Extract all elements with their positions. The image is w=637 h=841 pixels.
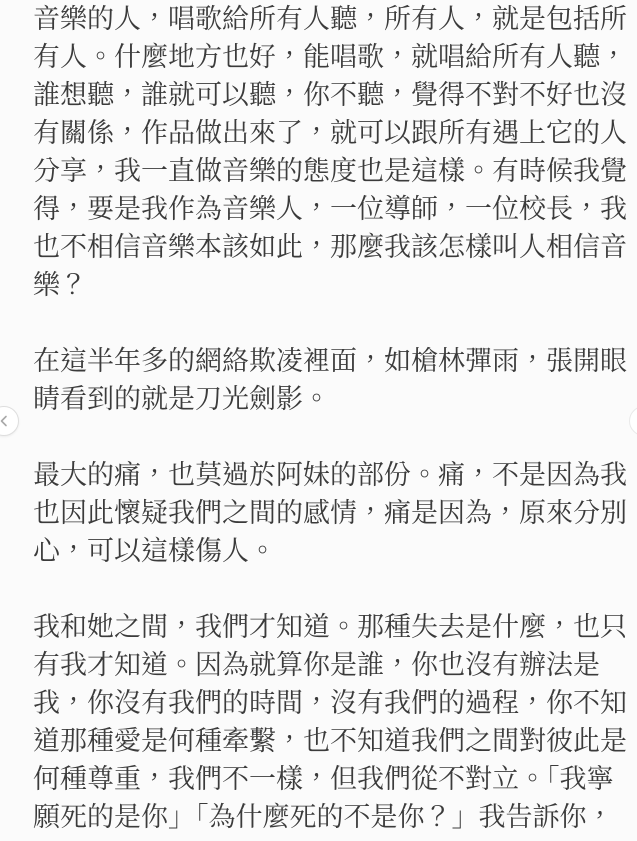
text-line: 誰想聽，誰就可以聽，你不聽，覺得不對不好也沒 [33,77,633,115]
text-line: 樂？ [33,267,633,305]
text-line: 道那種愛是何種牽繫，也不知道我們之間對彼此是 [33,723,633,761]
text-line: 我，你沒有我們的時間，沒有我們的過程，你不知 [33,685,633,723]
paragraph: 最大的痛，也莫過於阿妹的部份。痛，不是因為我 也因此懷疑我們之間的感情，痛是因為… [33,457,633,571]
carousel-prev-button[interactable] [0,406,19,436]
text-line: 在這半年多的網絡欺凌裡面，如槍林彈雨，張開眼 [33,343,633,381]
paragraph: 在這半年多的網絡欺凌裡面，如槍林彈雨，張開眼 睛看到的就是刀光劍影。 [33,343,633,419]
text-slide: 音樂的人，唱歌給所有人聽，所有人，就是包括所 有人。什麼地方也好，能唱歌，就唱給… [0,0,637,841]
text-line: 也不相信音樂本該如此，那麼我該怎樣叫人相信音 [33,229,633,267]
article-text: 音樂的人，唱歌給所有人聽，所有人，就是包括所 有人。什麼地方也好，能唱歌，就唱給… [33,1,633,837]
text-line: 音樂的人，唱歌給所有人聽，所有人，就是包括所 [33,1,633,39]
text-line: 有我才知道。因為就算你是誰，你也沒有辦法是 [33,647,633,685]
chevron-left-icon [0,413,12,429]
text-line: 也因此懷疑我們之間的感情，痛是因為，原來分別 [33,495,633,533]
paragraph: 我和她之間，我們才知道。那種失去是什麼，也只 有我才知道。因為就算你是誰，你也沒… [33,609,633,837]
text-line: 最大的痛，也莫過於阿妹的部份。痛，不是因為我 [33,457,633,495]
text-line: 得，要是我作為音樂人，一位導師，一位校長，我 [33,191,633,229]
paragraph: 音樂的人，唱歌給所有人聽，所有人，就是包括所 有人。什麼地方也好，能唱歌，就唱給… [33,1,633,305]
text-line: 分享，我一直做音樂的態度也是這樣。有時候我覺 [33,153,633,191]
text-line: 睛看到的就是刀光劍影。 [33,381,633,419]
text-line: 願死的是你」「為什麼死的不是你？」我告訴你， [33,799,633,837]
text-line: 心，可以這樣傷人。 [33,533,633,571]
text-line: 有關係，作品做出來了，就可以跟所有遇上它的人 [33,115,633,153]
text-line: 何種尊重，我們不一樣，但我們從不對立。「我寧 [33,761,633,799]
text-line: 有人。什麼地方也好，能唱歌，就唱給所有人聽， [33,39,633,77]
text-line: 我和她之間，我們才知道。那種失去是什麼，也只 [33,609,633,647]
page: { "page": { "background": "#fbfbfb", "te… [0,0,637,841]
